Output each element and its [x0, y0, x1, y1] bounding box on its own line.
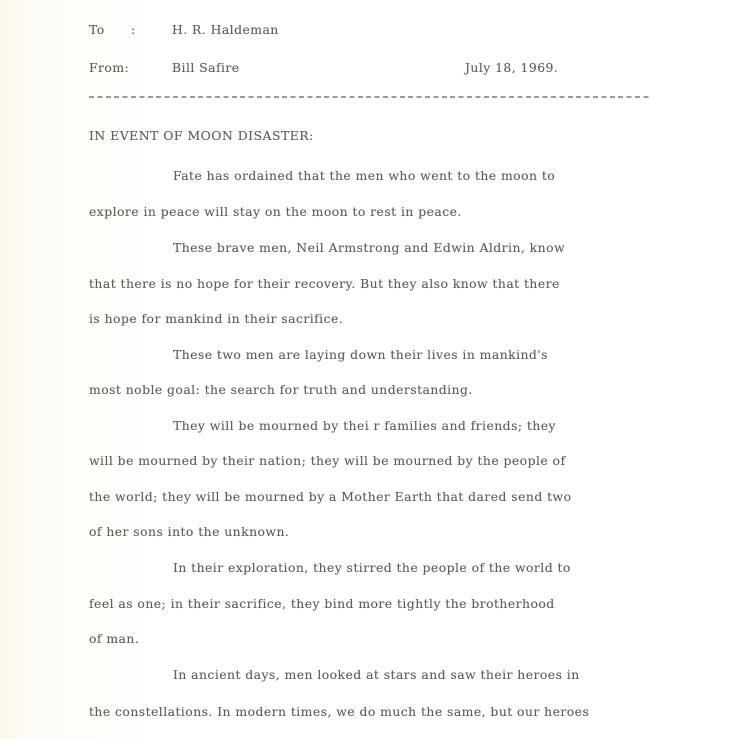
body-line: explore in peace will stay on the moon t… — [89, 204, 462, 220]
body-line: Fate has ordained that the men who went … — [173, 168, 555, 184]
from-label: From: — [89, 60, 129, 76]
memo-heading: IN EVENT OF MOON DISASTER: — [89, 128, 314, 144]
body-line: of her sons into the unknown. — [89, 524, 289, 540]
body-line: will be mourned by their nation; they wi… — [89, 453, 565, 469]
from-sender: Bill Safire — [172, 60, 240, 76]
memo-date: July 18, 1969. — [465, 60, 558, 76]
body-line: feel as one; in their sacrifice, they bi… — [89, 596, 555, 612]
dashed-divider — [89, 96, 649, 98]
body-line: These two men are laying down their live… — [173, 347, 548, 363]
body-line: the constellations. In modern times, we … — [89, 704, 589, 720]
to-colon: : — [131, 22, 136, 38]
memo-page: To : H. R. Haldeman From: Bill Safire Ju… — [0, 0, 740, 739]
body-line: most noble goal: the search for truth an… — [89, 382, 473, 398]
body-line: is hope for mankind in their sacrifice. — [89, 311, 343, 327]
to-label: To — [89, 22, 105, 38]
body-line: of man. — [89, 631, 139, 647]
body-line: They will be mourned by thei r families … — [173, 418, 556, 434]
body-line: In their exploration, they stirred the p… — [173, 560, 571, 576]
body-line: that there is no hope for their recovery… — [89, 276, 560, 292]
body-line: In ancient days, men looked at stars and… — [173, 667, 580, 683]
body-line: These brave men, Neil Armstrong and Edwi… — [173, 240, 565, 256]
body-line: the world; they will be mourned by a Mot… — [89, 489, 572, 505]
to-recipient: H. R. Haldeman — [172, 22, 279, 38]
